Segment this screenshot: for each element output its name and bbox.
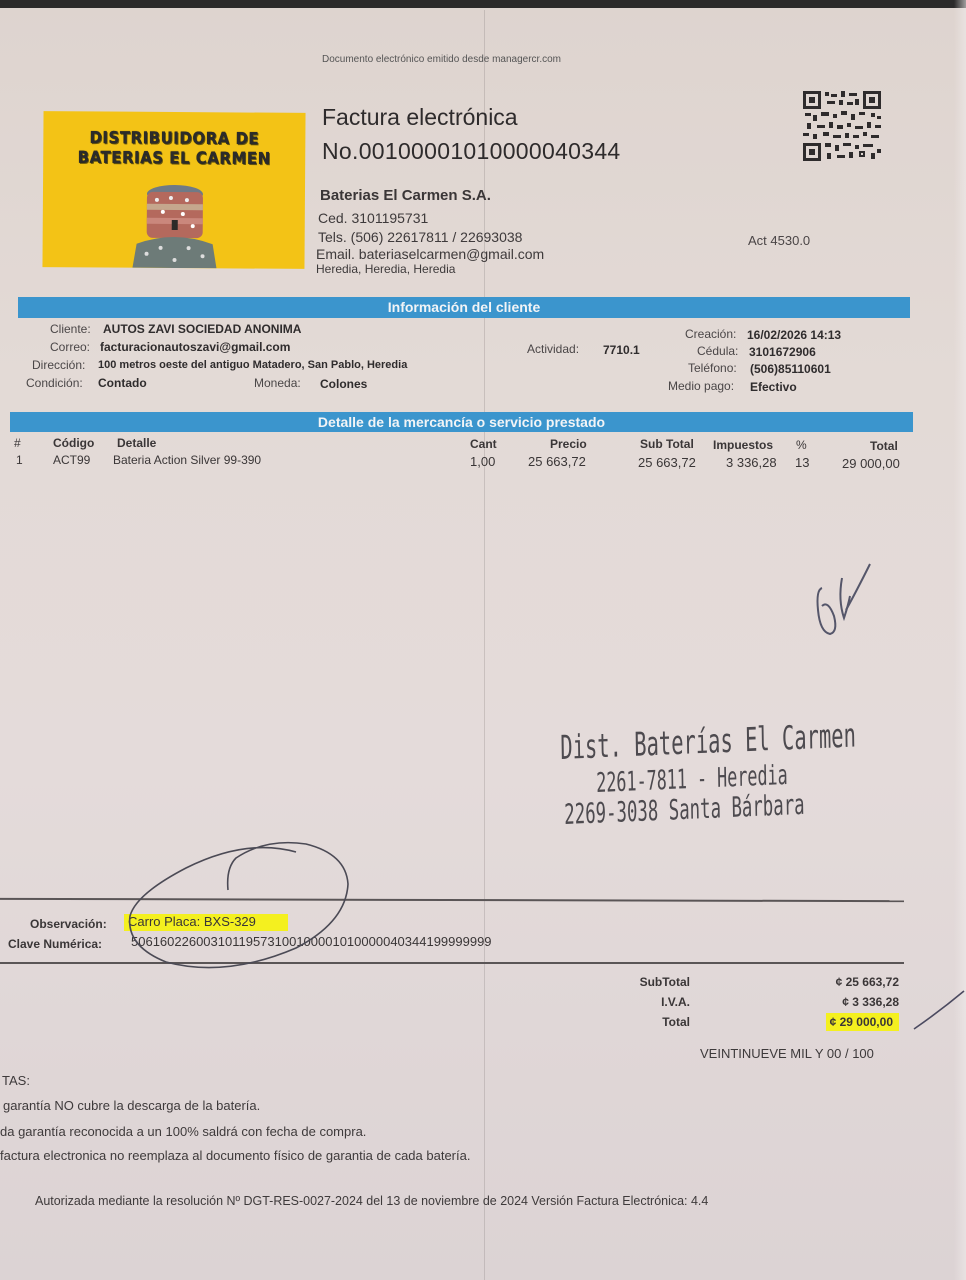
issuer-phones: Tels. (506) 22617811 / 22693038 [318,229,522,245]
medio-pago-label: Medio pago: [668,379,734,393]
total-value: ¢ 29 000,00 [749,1015,899,1029]
creacion-value: 16/02/2026 14:13 [747,328,841,342]
col-total: Total [870,439,898,453]
correo-label: Correo: [50,340,90,354]
moneda-label: Moneda: [254,376,301,390]
col-percent: % [796,438,807,452]
direccion-value: 100 metros oeste del antiguo Matadero, S… [98,359,407,371]
emitted-note: Documento electrónico emitido desde mana… [322,54,561,65]
issuer-location: Heredia, Heredia, Heredia [316,262,455,276]
issuer-ced: Ced. 3101195731 [318,210,428,226]
telefono-value: (506)85110601 [750,362,831,376]
activity-code: Act 4530.0 [748,233,810,248]
correo-value: facturacionautoszavi@gmail.com [100,340,290,354]
row-precio: 25 663,72 [528,454,586,469]
logo-title: DISTRIBUIDORA DE BATERIAS EL CARMEN [43,127,305,168]
stamp-line-1: Dist. Baterías El Carmen [560,716,856,767]
col-cant: Cant [470,437,497,451]
cliente-label: Cliente: [50,322,91,336]
handdrawn-circle [126,838,366,970]
note-line-3: factura electronica no reemplaza al docu… [0,1148,470,1163]
iva-label: I.V.A. [600,995,690,1009]
amount-in-words: VEINTINUEVE MIL Y 00 / 100 [700,1046,874,1061]
observacion-label: Observación: [30,917,107,931]
total-highlight: ¢ 29 000,00 [826,1013,899,1031]
logo-line-1: DISTRIBUIDORA DE [43,127,305,149]
note-line-2: da garantía reconocida a un 100% saldrá … [0,1124,366,1139]
photo-edge-strip [0,0,966,8]
row-percent: 13 [795,455,809,470]
col-codigo: Código [53,436,94,450]
subtotal-value: ¢ 25 663,72 [749,975,899,989]
paper-edge [954,0,966,1280]
actividad-label: Actividad: [527,342,579,356]
battery-mascot-icon [126,182,223,269]
client-info-header: Información del cliente [18,297,910,318]
logo-line-2: BATERIAS EL CARMEN [43,147,305,169]
col-precio: Precio [550,437,587,451]
direccion-label: Dirección: [32,358,85,372]
document-title: Factura electrónica [322,104,518,131]
issuer-name: Baterias El Carmen S.A. [320,187,491,204]
cedula-label: Cédula: [697,344,738,358]
cedula-value: 3101672906 [749,345,816,359]
telefono-label: Teléfono: [688,361,737,375]
row-cant: 1,00 [470,454,495,469]
document-number: No.00100001010000040344 [322,138,621,165]
cliente-value: AUTOS ZAVI SOCIEDAD ANONIMA [103,322,301,336]
note-line-1: garantía NO cubre la descarga de la bate… [3,1098,260,1113]
total-label: Total [600,1015,690,1029]
notes-heading: TAS: [2,1073,30,1088]
qr-code-icon [801,89,883,163]
col-impuestos: Impuestos [713,438,773,452]
row-impuestos: 3 336,28 [726,455,777,470]
condicion-value: Contado [98,376,147,390]
actividad-value: 7710.1 [603,343,640,357]
creacion-label: Creación: [685,327,736,341]
issuer-email: Email. bateriaselcarmen@gmail.com [316,246,544,262]
moneda-value: Colones [320,377,367,391]
medio-pago-value: Efectivo [750,380,797,394]
clave-label: Clave Numérica: [8,937,102,951]
iva-value: ¢ 3 336,28 [749,995,899,1009]
row-detalle: Bateria Action Silver 99-390 [113,453,261,467]
handwritten-ok-mark [808,560,888,640]
row-total: 29 000,00 [842,456,900,471]
row-number: 1 [16,453,23,467]
col-detalle: Detalle [117,436,156,450]
row-codigo: ACT99 [53,453,90,467]
company-logo: DISTRIBUIDORA DE BATERIAS EL CARMEN [42,111,305,269]
legal-authorization: Autorizada mediante la resolución Nº DGT… [35,1193,708,1208]
handdrawn-check-stroke [900,985,966,1035]
condicion-label: Condición: [26,376,83,390]
col-number: # [14,436,21,450]
detail-header: Detalle de la mercancía o servicio prest… [10,412,913,432]
subtotal-label: SubTotal [600,975,690,989]
row-subtotal: 25 663,72 [638,455,696,470]
col-subtotal: Sub Total [640,437,694,451]
